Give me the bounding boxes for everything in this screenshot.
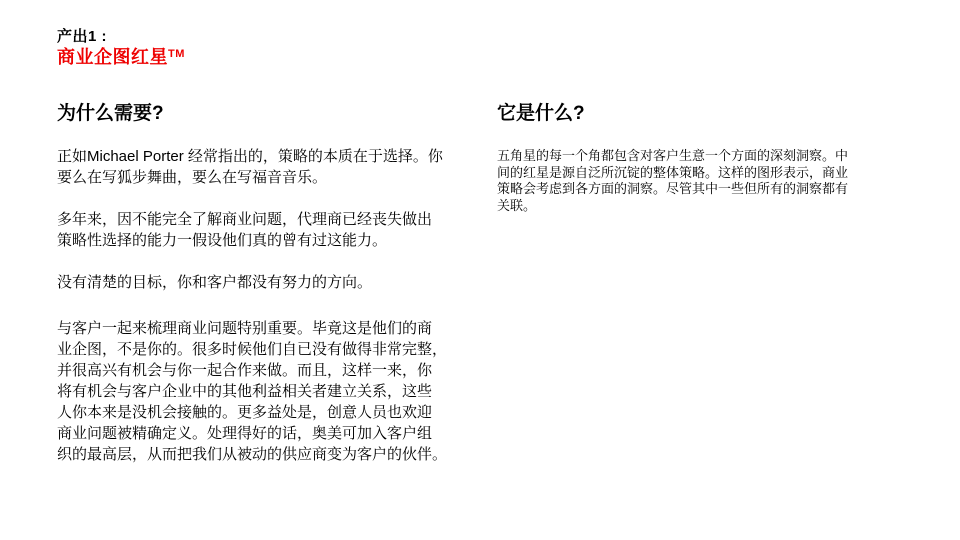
left-column-heading: 为什么需要? bbox=[57, 103, 471, 125]
right-paragraph-1: 五角星的每一个角都包含对客户生意一个方面的深刻洞察。中 间的红星是源自泛所沉锭的… bbox=[497, 148, 911, 214]
slide-canvas: 产出1 : 商业企图红星TM 为什么需要? 正如Michael Porter 经… bbox=[0, 0, 960, 540]
left-paragraph-4: 与客户一起来梳理商业问题特别重要。毕竟这是他们的商 业企图，不是你的。很多时候他… bbox=[57, 318, 471, 465]
right-column-heading: 它是什么? bbox=[497, 103, 911, 125]
left-paragraph-3: 没有清楚的目标，你和客户都没有努力的方向。 bbox=[57, 272, 471, 293]
left-paragraph-1: 正如Michael Porter 经常指出的，策略的本质在于选择。你 要么在写狐… bbox=[57, 146, 471, 188]
trademark-superscript: TM bbox=[168, 48, 185, 60]
slide-title-text: 商业企图红星 bbox=[57, 47, 168, 67]
left-paragraph-2: 多年来，因不能完全了解商业问题，代理商已经丧失做出 策略性选择的能力一假设他们真… bbox=[57, 209, 471, 251]
slide-title-block: 产出1 : 商业企图红星TM bbox=[57, 27, 185, 67]
left-column: 为什么需要? 正如Michael Porter 经常指出的，策略的本质在于选择。… bbox=[57, 103, 471, 465]
slide-kicker: 产出1 : bbox=[57, 27, 185, 47]
right-column: 它是什么? 五角星的每一个角都包含对客户生意一个方面的深刻洞察。中 间的红星是源… bbox=[497, 103, 911, 214]
slide-title: 商业企图红星TM bbox=[57, 47, 185, 67]
